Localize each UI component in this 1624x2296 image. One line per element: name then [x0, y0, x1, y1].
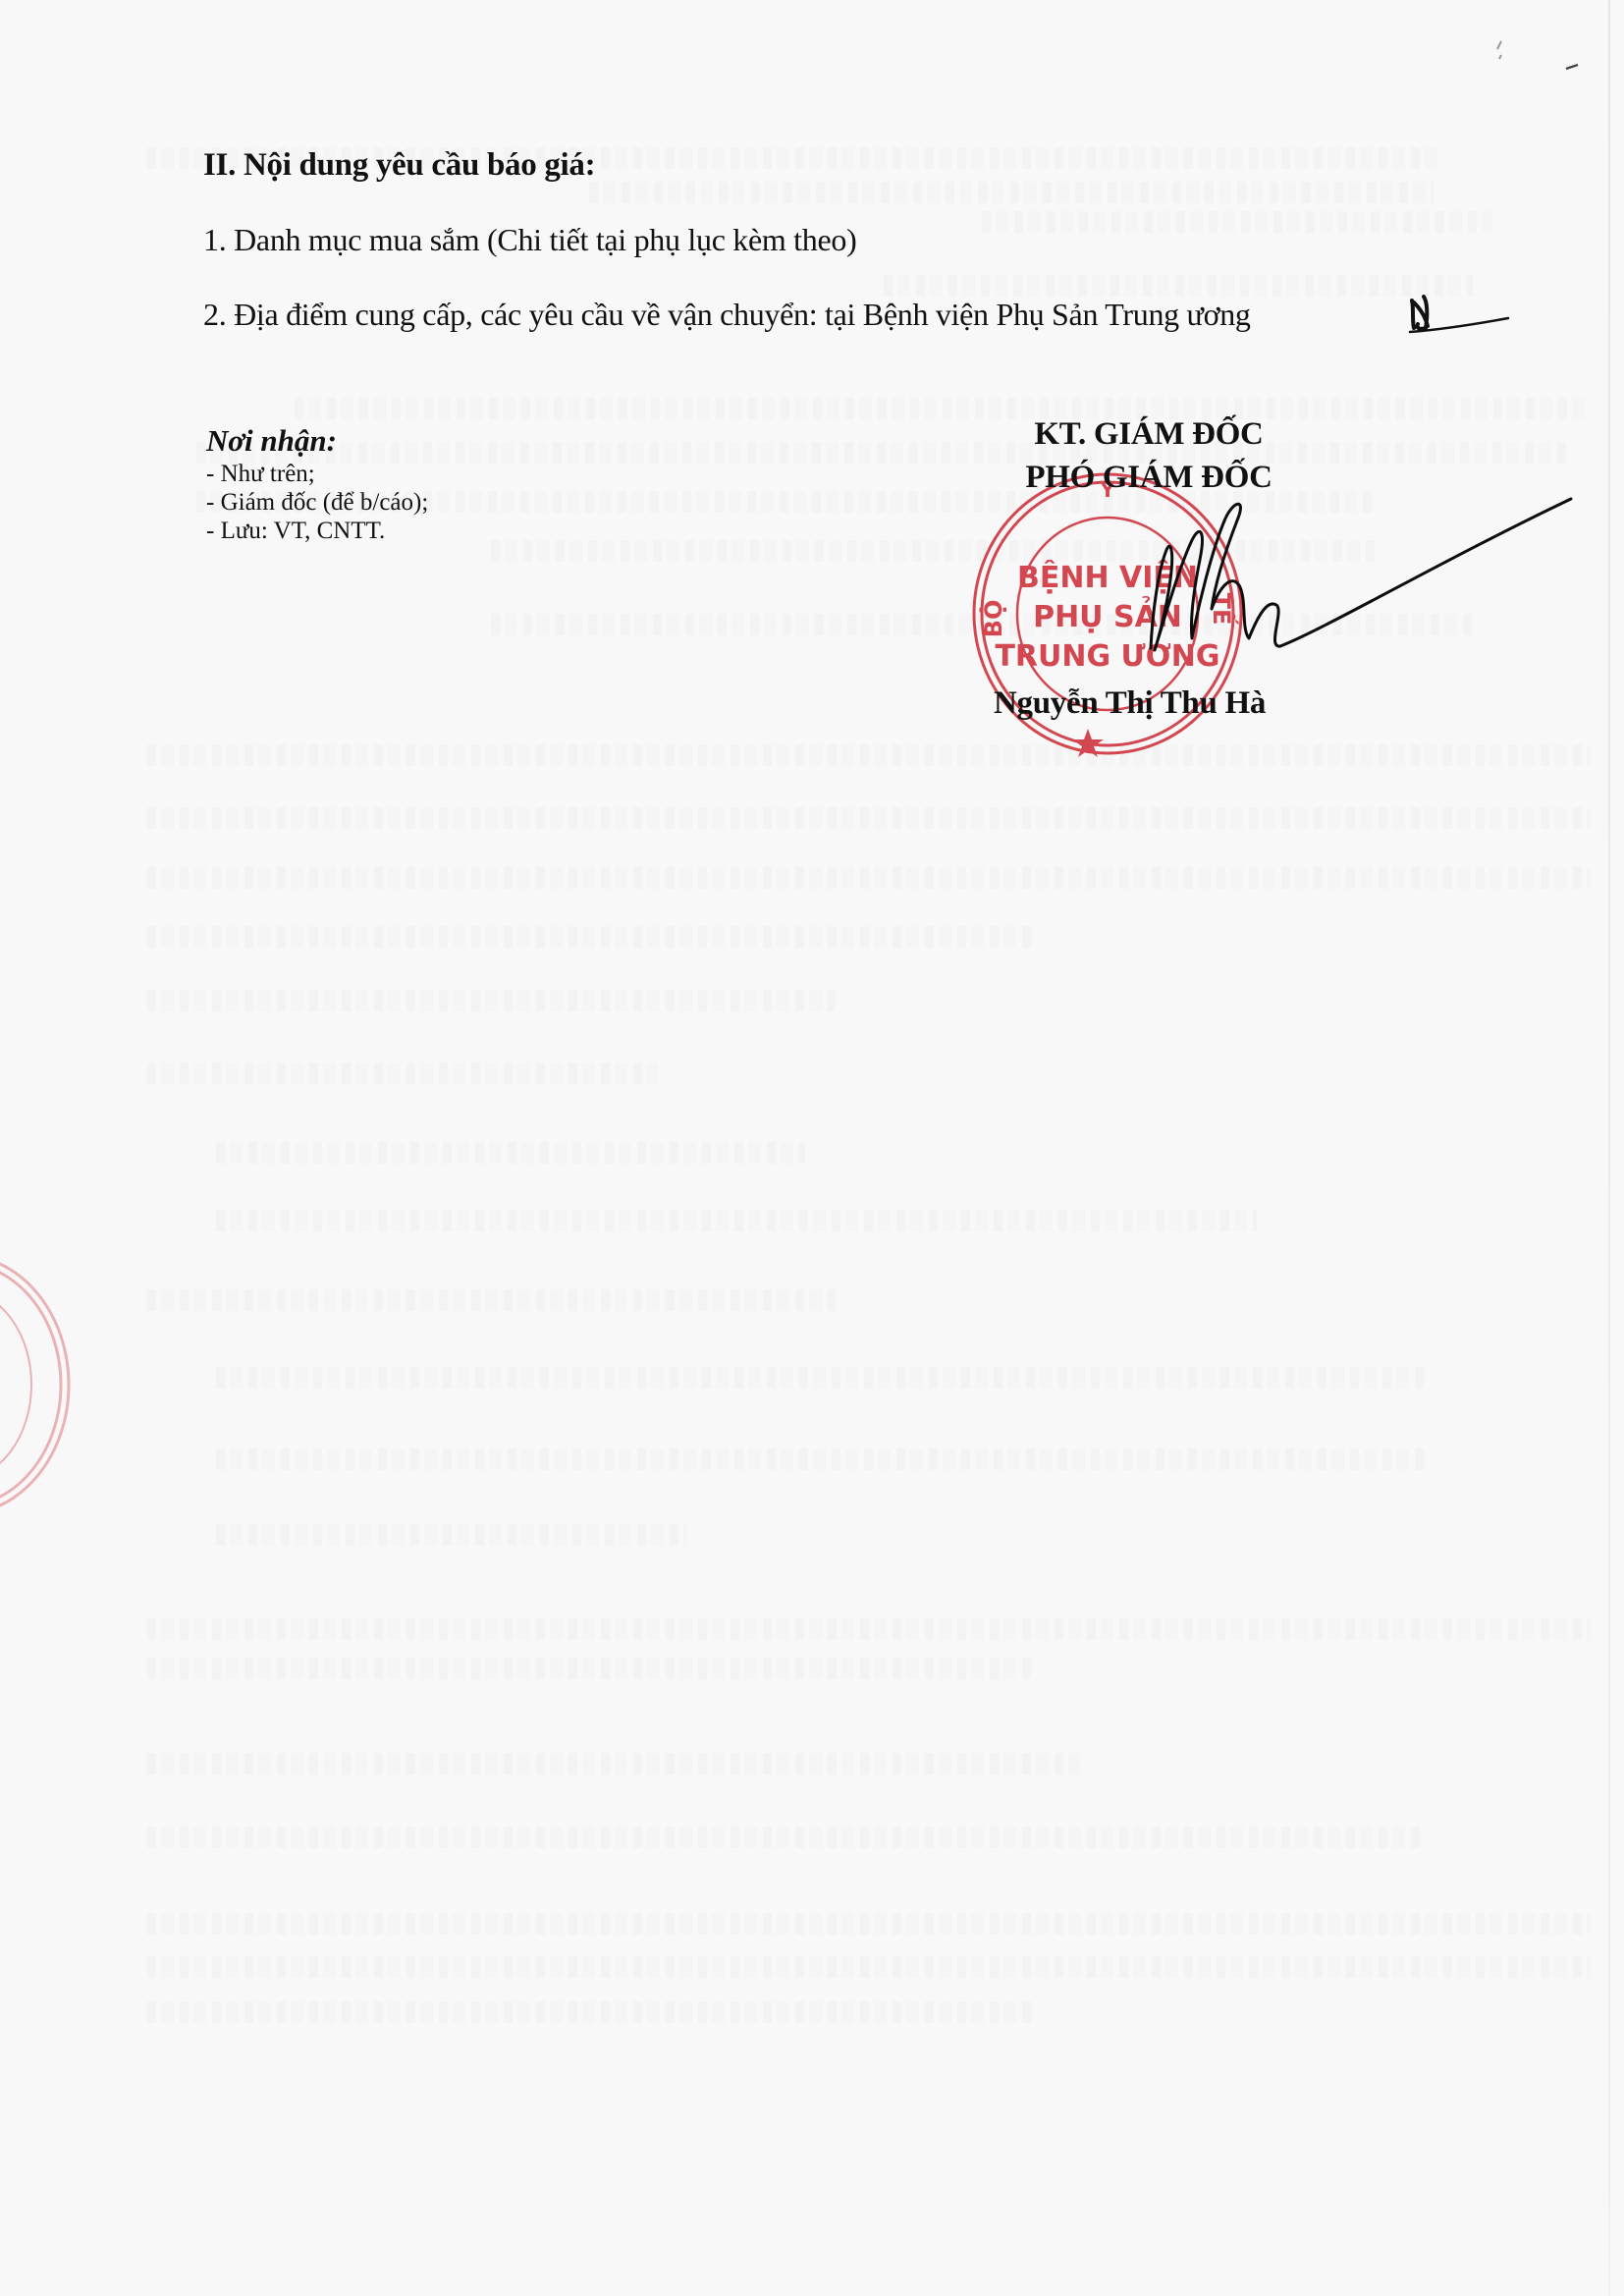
signer-authority: KT. GIÁM ĐỐC: [982, 412, 1316, 456]
scan-mark-icon: [1488, 20, 1596, 79]
signature-block: KT. GIÁM ĐỐC PHÓ GIÁM ĐỐC: [982, 412, 1316, 499]
initials-mark-icon: [1406, 291, 1514, 340]
recipient-item: - Giám đốc (để b/cáo);: [206, 488, 428, 517]
scanned-page: II. Nội dung yêu cầu báo giá: 1. Danh mụ…: [0, 0, 1624, 2296]
signer-name: Nguyễn Thị Thu Hà: [994, 685, 1266, 722]
recipients-title: Nơi nhận:: [206, 424, 428, 458]
recipient-item: - Lưu: VT, CNTT.: [206, 517, 428, 545]
handwritten-signature-icon: [1110, 491, 1581, 668]
recipient-item: - Như trên;: [206, 460, 428, 488]
edge-seal-stamp-icon: [0, 1247, 79, 1522]
recipients-list: - Như trên; - Giám đốc (để b/cáo); - Lưu…: [206, 460, 428, 545]
svg-text:BỘ: BỘ: [978, 600, 1007, 638]
section-heading: II. Nội dung yêu cầu báo giá:: [203, 147, 595, 184]
recipients-block: Nơi nhận: - Như trên; - Giám đốc (để b/c…: [206, 424, 428, 545]
page-edge: [1608, 0, 1610, 2296]
procurement-list-item: 1. Danh mục mua sắm (Chi tiết tại phụ lụ…: [203, 222, 856, 258]
delivery-location-item: 2. Địa điểm cung cấp, các yêu cầu về vận…: [203, 297, 1251, 333]
